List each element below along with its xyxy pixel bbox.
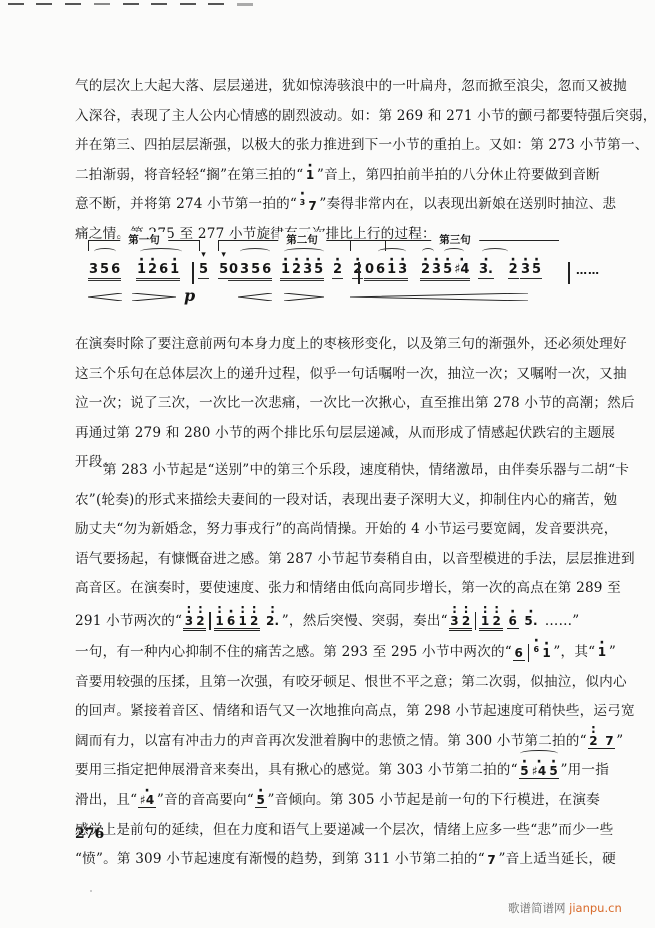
jianpu-note: 1: [595, 645, 609, 659]
jianpu-inline-phrase: 3212 6 5.: [448, 612, 540, 630]
text-line: 感觉上是前句的延续，但在力度和语气上要递减一个层次，情绪上应多一些“悲”而少一些: [75, 816, 587, 846]
text-line: 泣一次；说了三次，一次比一次悲痛，一次比一次揪心，直至推出第 278 小节的高潮…: [75, 389, 587, 419]
text-line: 入深谷，表现了主人公内心情感的剧烈波动。如：第 269 和 271 小节的颤弓都…: [75, 102, 587, 132]
dynamic-piano-mark: p: [184, 286, 195, 305]
jianpu-inline-phrase: 661: [512, 643, 553, 663]
text-line: 高音区。在演奏时，要使速度、张力和情绪由低向高同步增长，第一次的高点在第 289…: [75, 574, 587, 604]
note-group: 0613: [364, 262, 408, 277]
paragraph-3: 第 283 小节起是“送别”中的第三个乐段，速度稍快，情绪激昂，由伴奏乐器与二胡…: [75, 456, 587, 875]
note-group: 1235: [280, 262, 324, 277]
text-line: 农”(轮奏)的形式来描绘夫妻间的一段对话，表现出妻子深明大义，抑制住内心的痛苦，…: [75, 486, 587, 516]
note-group: 3. 2: [478, 262, 519, 277]
text-line-with-notation: “愤”。第 309 小节起速度有渐慢的趋势，到第 311 小节第二拍的“7”音上…: [75, 845, 587, 875]
jianpu-score-excerpt: 第一句 第二句 第三句 356 1261 5 5 0356 1235 2 2: [88, 240, 588, 310]
text-line-with-note: 意不断，并将第 274 小节第一拍的“37”奏得非常内在，以表现出新娘在送别时抽…: [75, 190, 587, 220]
continuation-dots: ……: [576, 264, 600, 277]
text-line: 音要用较强的压揉，且第一次强，有咬牙顿足、恨世不平之意；第二次弱，似抽泣，似内心: [75, 668, 587, 698]
site-watermark: 歌谱简谱网 jianpu.cn: [508, 900, 622, 916]
text-line-with-notation: 一句，有一种内心抑制不住的痛苦之感。第 293 至 295 小节中两次的“661…: [75, 638, 587, 668]
jianpu-note: 7: [485, 853, 499, 867]
crescendo-hairpin: [238, 293, 272, 301]
text-line-with-notation: 滑出，且“♯4”音的音高要向“5”音倾向。第 305 小节起是前一句的下行模进，…: [75, 786, 587, 816]
jianpu-grace-note: 37: [297, 196, 319, 213]
page-number: 276: [75, 826, 104, 842]
text-line-with-notation: 291 小节两次的“321612 2.”，然后突慢、突弱，奏出“3212 6 5…: [75, 604, 587, 638]
crescendo-hairpin: [88, 293, 122, 301]
text-line: 在演奏时除了要注意前两句本身力度上的枣核形变化，以及第三句的渐强外，还必须处理好: [75, 330, 587, 360]
bar-line: [358, 262, 360, 284]
text-line-with-notation: 阔而有力，以富有冲击力的声音再次发泄着胸中的悲愤之情。第 300 小节第二拍的“…: [75, 727, 587, 757]
note-group-accented: 5 5: [198, 262, 229, 277]
note-group: 1261: [136, 262, 180, 277]
text-line: 再通过第 279 和 280 小节的两个排比乐句层层递减，从而形成了情感起伏跌宕…: [75, 419, 587, 449]
crescendo-hairpin-long: [350, 293, 528, 301]
text-line: 并在第三、四拍层层渐强，以极大的张力推进到下一小节的重拍上。又如：第 273 小…: [75, 131, 587, 161]
slur-mark: [94, 248, 116, 255]
jianpu-note: 5: [254, 793, 268, 807]
bar-line: [568, 262, 570, 284]
jianpu-note: 1: [303, 168, 317, 182]
bar-line: [192, 262, 194, 284]
scan-speck: [255, 852, 257, 854]
note-group: 0356: [228, 262, 272, 277]
note-group: 235♯4: [420, 262, 470, 277]
text-line: 这三个乐句在总体层次上的递升过程，似乎一句话嘱咐一次，抽泣一次；又嘱咐一次，又抽: [75, 360, 587, 390]
slur-mark: [240, 248, 270, 255]
text-line: 语气要扬起，有慷慨奋进之感。第 287 小节起节奏稍自由，以音型模进的手法，层层…: [75, 545, 587, 575]
decrescendo-hairpin: [132, 293, 176, 301]
scan-speck: [90, 890, 92, 892]
jianpu-inline-phrase: 5♯45: [518, 764, 561, 778]
note-group: 35: [520, 262, 542, 277]
text-line-with-note: 二拍渐弱，将音轻轻“搁”在第三拍的“1”音上，第四拍前半拍的八分休止符要做到音断: [75, 161, 587, 191]
text-line: 气的层次上大起大落、层层递进，犹如惊涛骇浪中的一叶扁舟，忽而掀至浪尖，忽而又被抛: [75, 72, 587, 102]
decrescendo-hairpin: [284, 293, 324, 301]
text-line: 第 283 小节起是“送别”中的第三个乐段，速度稍快，情绪激昂，由伴奏乐器与二胡…: [75, 456, 587, 486]
jianpu-inline-phrase: 2 7: [587, 734, 617, 748]
jianpu-inline-phrase: 321612 2.: [182, 612, 282, 630]
dynamics-row: p: [88, 290, 588, 306]
text-line: 励丈夫“勿为新婚念，努力事戎行”的高尚情操。开始的 4 小节运弓要宽阔，发音要洪…: [75, 515, 587, 545]
top-scan-dashes: [0, 0, 260, 8]
text-line-with-notation: 要用三指定把伸展滑音来奏出，具有揪心的感觉。第 303 小节第二拍的“5♯45”…: [75, 756, 587, 786]
text-line: 的回声。紧接着音区、情绪和语气又一次地推向高点，第 298 小节起速度可稍快些，…: [75, 697, 587, 727]
notes-row: 356 1261 5 5 0356 1235 2 2 0613 23: [88, 262, 588, 286]
note-group: 356: [88, 262, 121, 277]
paragraph-1: 气的层次上大起大落、层层递进，犹如惊涛骇浪中的一叶扁舟，忽而掀至浪尖，忽而又被抛…: [75, 72, 587, 250]
jianpu-note: ♯4: [137, 793, 157, 807]
